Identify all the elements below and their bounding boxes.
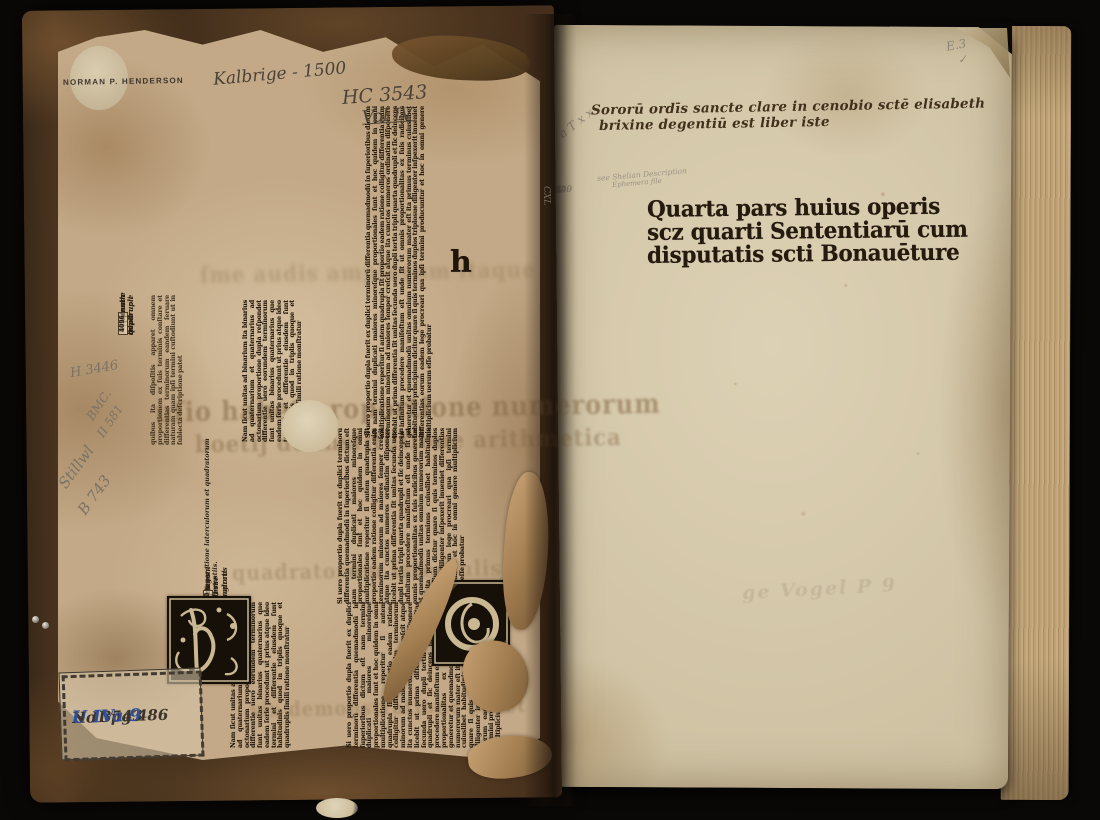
library-bookplate: H II pg 486 No 3543 U IVa 9 (59, 668, 204, 761)
lombard-initial-h: h (450, 248, 472, 278)
round-paper-repair (316, 798, 358, 818)
printed-title-line3: disputatis scti Bonauēture (647, 241, 960, 269)
bookplate-ornamental-frame: H II pg 486 No 3543 U IVa 9 (62, 671, 205, 762)
waste-tables-lower: De generatione laterculorum et quadrator… (203, 432, 335, 604)
pencil-check-mark: ✓ (957, 52, 968, 66)
table-cell: 4096 (118, 312, 128, 335)
waste-text-block-faded: quibus ita diſpoſitis apparet omnem prop… (150, 295, 242, 445)
clasp-nail (42, 622, 49, 629)
clasp-nail (32, 616, 39, 623)
pencil-volume-note: Vol IV (361, 104, 413, 127)
pencil-gutter-note: CXL (541, 186, 550, 205)
round-paper-repair (282, 400, 338, 452)
bookplate-shelfmark: U IVa 9 (72, 707, 142, 726)
photograph-of-open-incunable: ſme audis amplexum itaque uſio habet pro… (0, 0, 1100, 820)
